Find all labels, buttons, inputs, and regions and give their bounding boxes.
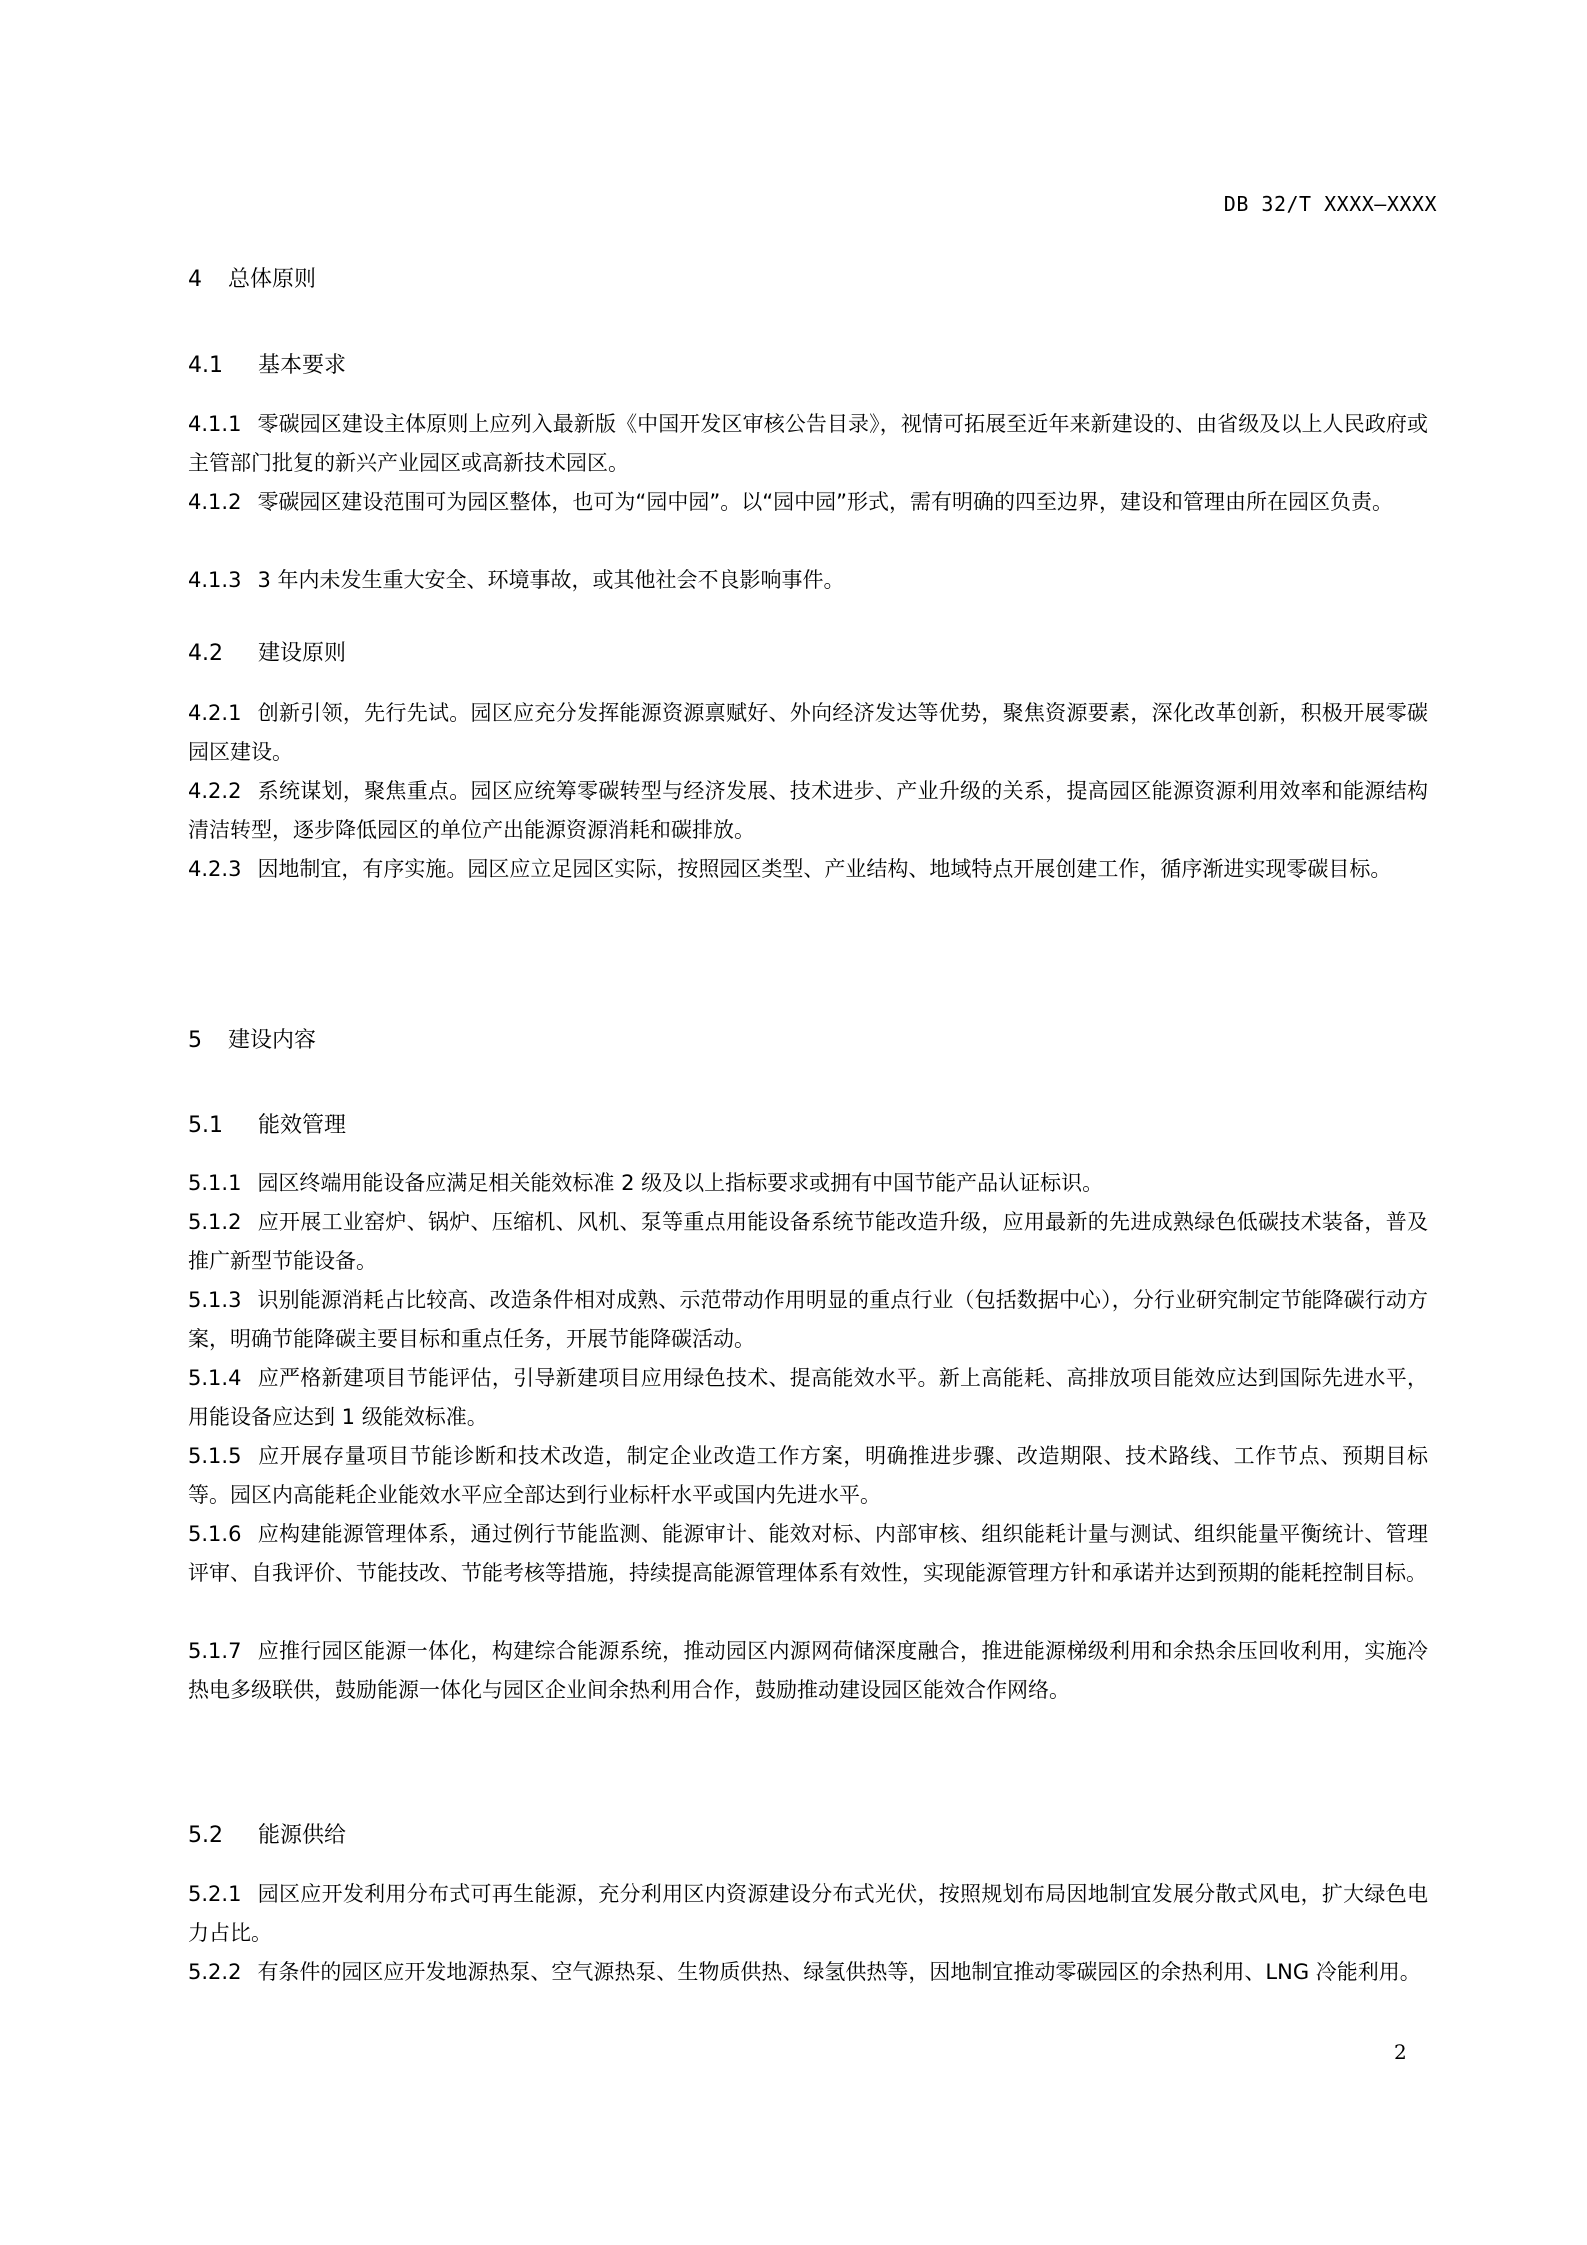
clause-text: 零碳园区建设主体原则上应列入最新版《中国开发区审核公告目录》，视情可拓展至近年来… [188,412,1428,475]
clause-text: 应严格新建项目节能评估，引导新建项目应用绿色技术、提高能效水平。新上高能耗、高排… [188,1366,1428,1429]
clause-number: 4.2.2 [188,772,241,811]
subsection-title: 能效管理 [258,1113,346,1138]
clause-number: 4.2.3 [188,850,241,889]
clause-5-1-1: 5.1.1园区终端用能设备应满足相关能效标准 2 级及以上指标要求或拥有中国节能… [188,1164,1428,1203]
clause-number: 5.1.5 [188,1437,241,1476]
subsection-title: 基本要求 [258,353,346,378]
clause-number: 4.1.1 [188,405,241,444]
clause-number: 5.1.7 [188,1632,241,1671]
section-title: 建设内容 [228,1028,316,1053]
clause-number: 4.1.2 [188,483,241,522]
subsection-title: 能源供给 [258,1823,346,1848]
subsection-number: 5.2 [188,1823,258,1848]
clause-text: 应开展存量项目节能诊断和技术改造，制定企业改造工作方案，明确推进步骤、改造期限、… [188,1444,1428,1507]
clause-text: 系统谋划，聚焦重点。园区应统筹零碳转型与经济发展、技术进步、产业升级的关系，提高… [188,779,1428,842]
document-page: DB 32/T XXXX—XXXX 4总体原则 4.1基本要求 4.1.1零碳园… [0,0,1587,2245]
clause-text: 应构建能源管理体系，通过例行节能监测、能源审计、能效对标、内部审核、组织能耗计量… [188,1522,1428,1585]
clause-number: 5.2.1 [188,1875,241,1914]
clause-4-1-1: 4.1.1零碳园区建设主体原则上应列入最新版《中国开发区审核公告目录》，视情可拓… [188,405,1428,483]
subsection-heading-5-2: 5.2能源供给 [188,1818,1428,1849]
clause-5-2-2: 5.2.2有条件的园区应开发地源热泵、空气源热泵、生物质供热、绿氢供热等，因地制… [188,1953,1428,1992]
clause-5-1-5: 5.1.5应开展存量项目节能诊断和技术改造，制定企业改造工作方案，明确推进步骤、… [188,1437,1428,1515]
clause-text: 识别能源消耗占比较高、改造条件相对成熟、示范带动作用明显的重点行业（包括数据中心… [188,1288,1428,1351]
clause-5-1-7: 5.1.7应推行园区能源一体化，构建综合能源系统，推动园区内源网荷储深度融合，推… [188,1632,1428,1710]
subsection-number: 4.1 [188,353,258,378]
clause-4-1-2: 4.1.2零碳园区建设范围可为园区整体，也可为“园中园”。以“园中园”形式，需有… [188,483,1428,522]
clause-text: 有条件的园区应开发地源热泵、空气源热泵、生物质供热、绿氢供热等，因地制宜推动零碳… [257,1960,1420,1984]
clause-5-1-4: 5.1.4应严格新建项目节能评估，引导新建项目应用绿色技术、提高能效水平。新上高… [188,1359,1428,1437]
clause-4-1-3: 4.1.33 年内未发生重大安全、环境事故，或其他社会不良影响事件。 [188,561,1428,600]
clause-5-1-2: 5.1.2应开展工业窑炉、锅炉、压缩机、风机、泵等重点用能设备系统节能改造升级，… [188,1203,1428,1281]
clause-text: 应推行园区能源一体化，构建综合能源系统，推动园区内源网荷储深度融合，推进能源梯级… [188,1639,1428,1702]
section-heading-4: 4总体原则 [188,262,1428,293]
clause-number: 4.2.1 [188,694,241,733]
clause-text: 因地制宜，有序实施。园区应立足园区实际，按照园区类型、产业结构、地域特点开展创建… [257,857,1391,881]
clause-number: 4.1.3 [188,561,241,600]
subsection-title: 建设原则 [258,641,346,666]
subsection-heading-4-2: 4.2建设原则 [188,636,1428,667]
clause-4-2-1: 4.2.1创新引领，先行先试。园区应充分发挥能源资源禀赋好、外向经济发达等优势，… [188,694,1428,772]
clause-text: 创新引领，先行先试。园区应充分发挥能源资源禀赋好、外向经济发达等优势，聚焦资源要… [188,701,1428,764]
clause-number: 5.1.4 [188,1359,241,1398]
subsection-number: 5.1 [188,1113,258,1138]
clause-text: 园区终端用能设备应满足相关能效标准 2 级及以上指标要求或拥有中国节能产品认证标… [257,1171,1103,1195]
section-heading-5: 5建设内容 [188,1023,1428,1054]
clause-text: 3 年内未发生重大安全、环境事故，或其他社会不良影响事件。 [257,568,844,592]
clause-number: 5.1.6 [188,1515,241,1554]
subsection-heading-4-1: 4.1基本要求 [188,348,1428,379]
clause-4-2-2: 4.2.2系统谋划，聚焦重点。园区应统筹零碳转型与经济发展、技术进步、产业升级的… [188,772,1428,850]
standard-code-header: DB 32/T XXXX—XXXX [1224,192,1437,216]
clause-text: 零碳园区建设范围可为园区整体，也可为“园中园”。以“园中园”形式，需有明确的四至… [257,490,1393,514]
clause-5-1-6: 5.1.6应构建能源管理体系，通过例行节能监测、能源审计、能效对标、内部审核、组… [188,1515,1428,1593]
page-number: 2 [1394,2040,1407,2064]
clause-5-1-3: 5.1.3识别能源消耗占比较高、改造条件相对成熟、示范带动作用明显的重点行业（包… [188,1281,1428,1359]
subsection-number: 4.2 [188,641,258,666]
clause-text: 园区应开发利用分布式可再生能源，充分利用区内资源建设分布式光伏，按照规划布局因地… [188,1882,1428,1945]
clause-number: 5.2.2 [188,1953,241,1992]
clause-number: 5.1.3 [188,1281,241,1320]
subsection-heading-5-1: 5.1能效管理 [188,1108,1428,1139]
section-number: 4 [188,267,228,292]
clause-text: 应开展工业窑炉、锅炉、压缩机、风机、泵等重点用能设备系统节能改造升级，应用最新的… [188,1210,1428,1273]
clause-number: 5.1.2 [188,1203,241,1242]
clause-4-2-3: 4.2.3因地制宜，有序实施。园区应立足园区实际，按照园区类型、产业结构、地域特… [188,850,1428,889]
clause-5-2-1: 5.2.1园区应开发利用分布式可再生能源，充分利用区内资源建设分布式光伏，按照规… [188,1875,1428,1953]
clause-number: 5.1.1 [188,1164,241,1203]
section-number: 5 [188,1028,228,1053]
section-title: 总体原则 [228,267,316,292]
